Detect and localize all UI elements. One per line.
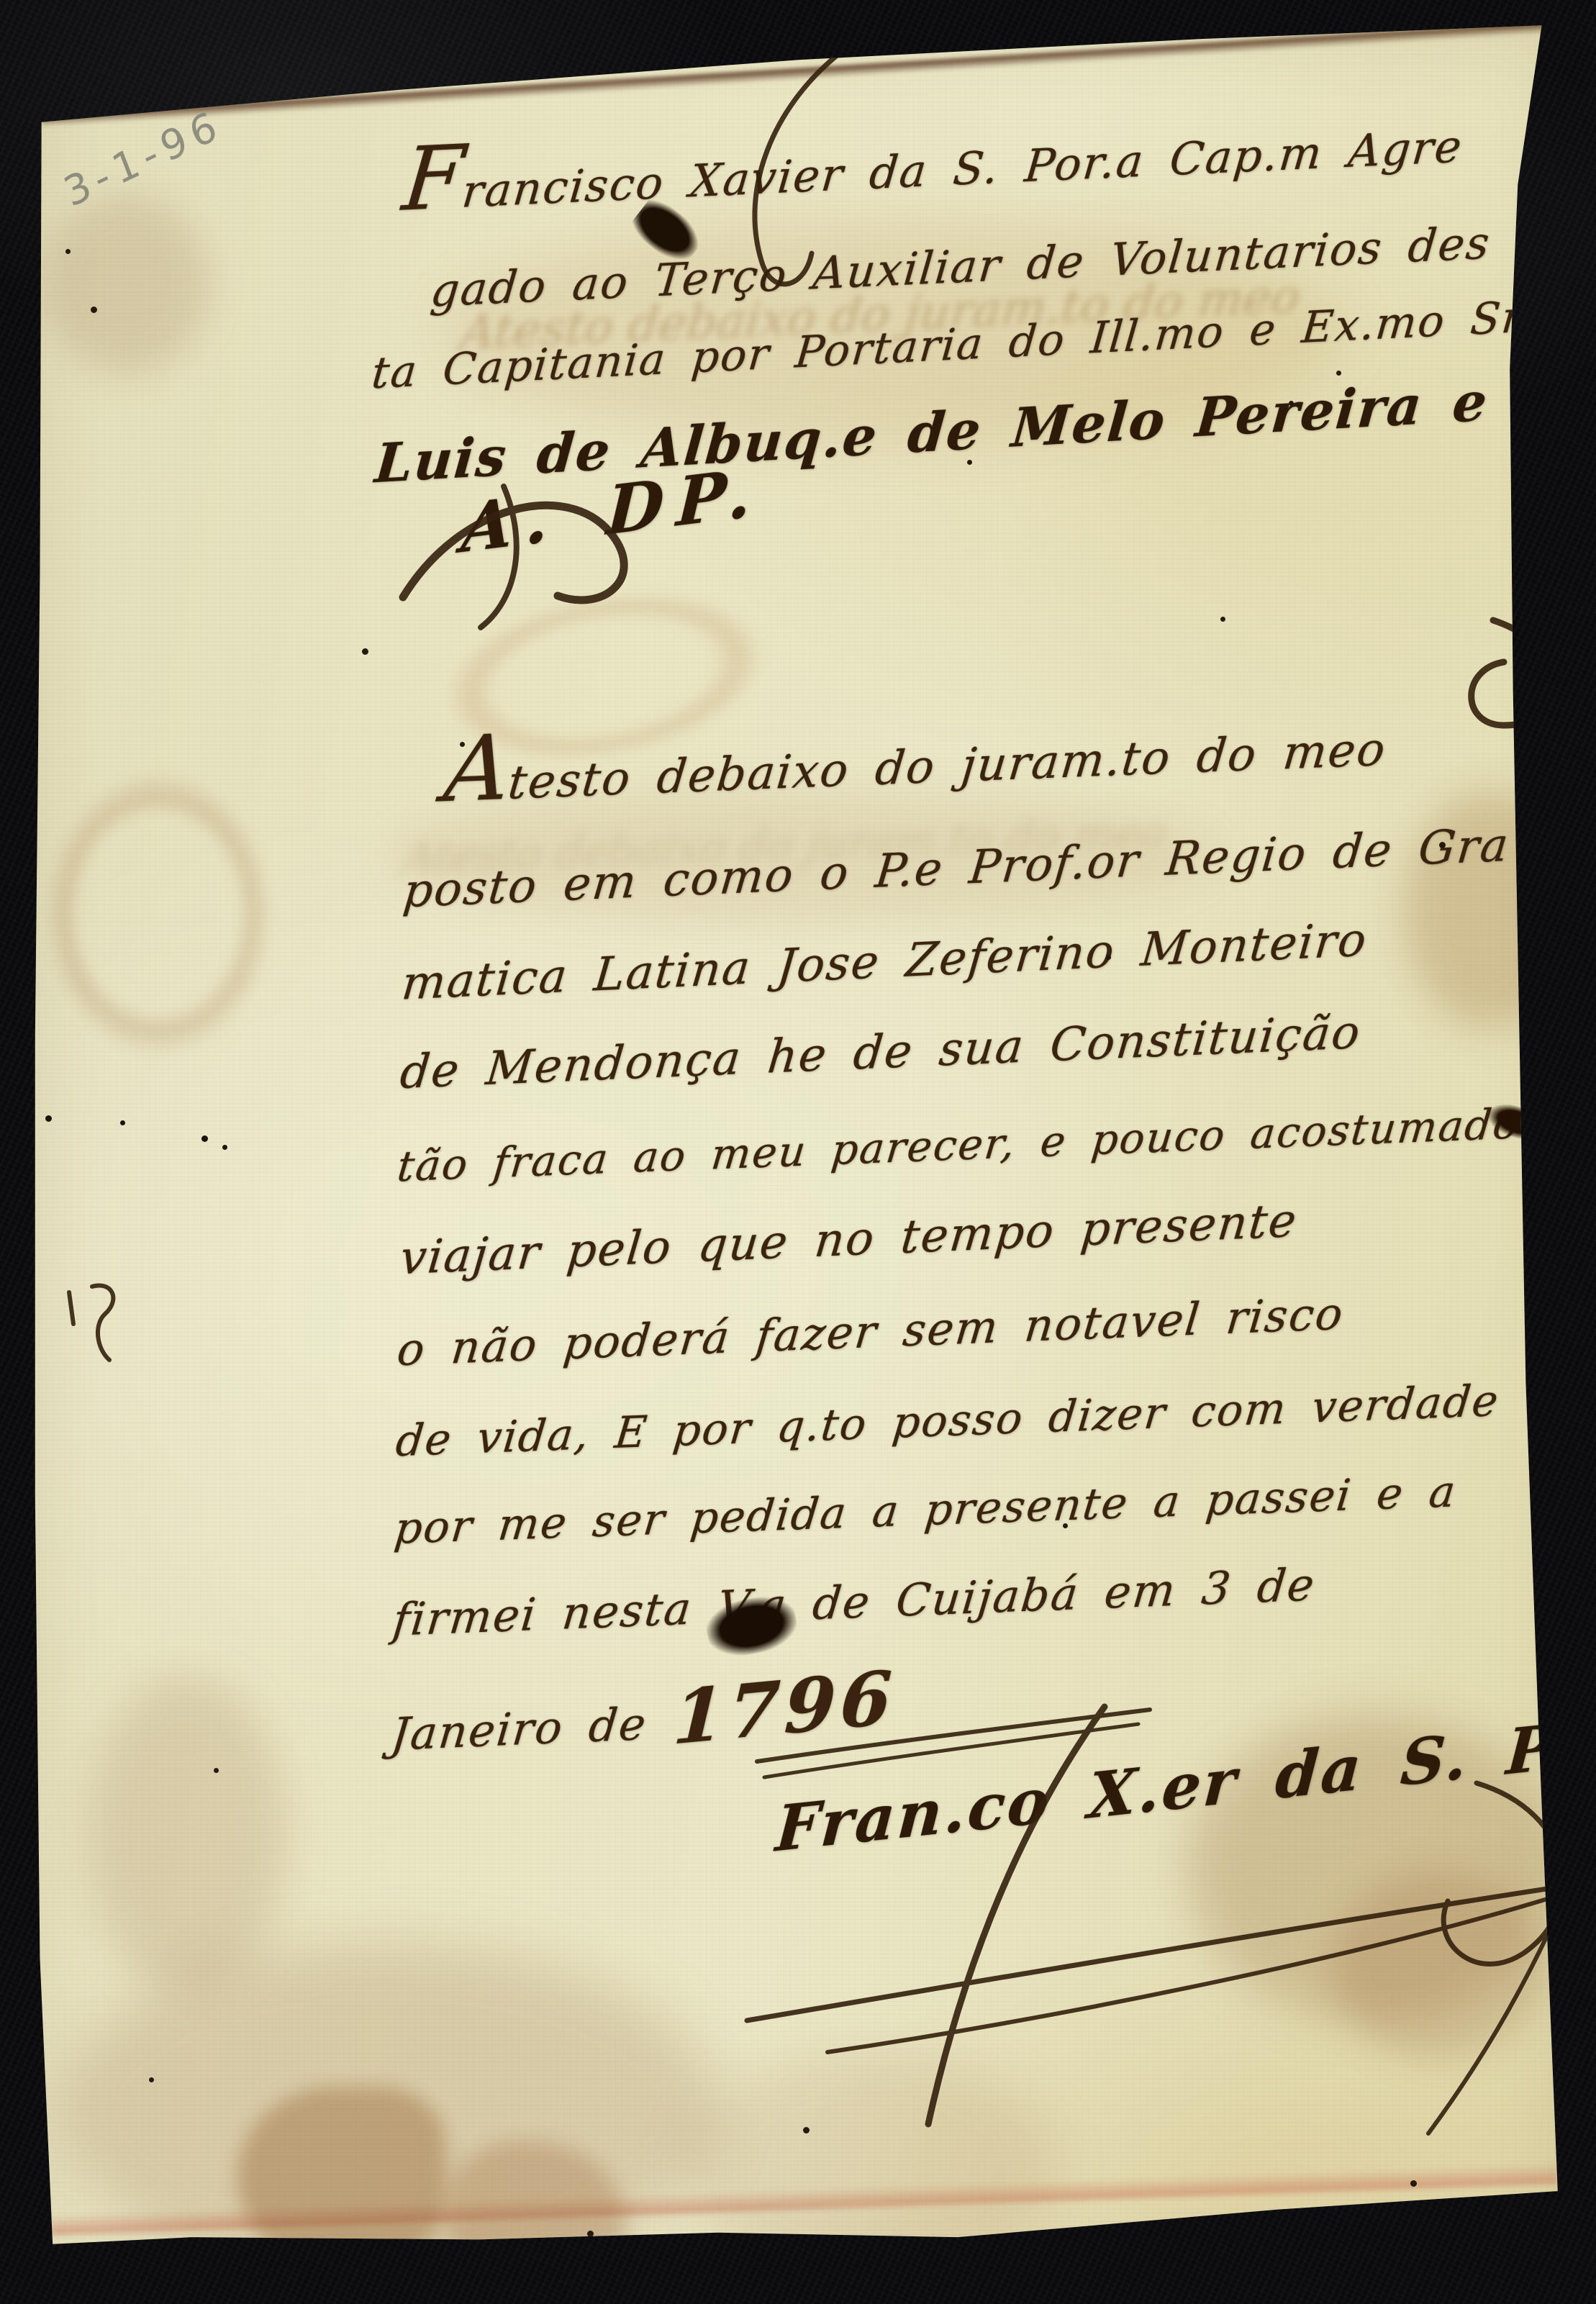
stain-topleft-corner [43,194,209,374]
paraph-monogram: A. DP. [460,452,766,568]
flourish-overlay [0,0,1596,2304]
stain-body-band [389,792,1216,921]
body-line-10: firmei nesta V.a de Cuijabá em 3 de [391,1558,1318,1646]
date-prefix: Janeiro de [389,1696,675,1761]
body-line-6: viajar pelo que no tempo presente [398,1194,1300,1286]
header-line-4: Luis de Albuq.e de Melo Pereira e Cacere… [373,355,1596,495]
header-line-2: gado ao Terço Auxiliar de Voluntarios de… [428,216,1492,317]
stain-left-ring [7,727,309,1101]
stain-top-band [446,216,1346,446]
header-line-3: ta Capitania por Portaria do Ill.mo e Ex… [370,291,1556,399]
ink-blot-firmei [702,1590,801,1662]
margin-ink-mark [69,1286,113,1360]
body-line-3: matica Latina Jose Zeferino Monteiro [399,913,1369,1010]
stain-ghost-loop [373,532,836,820]
body-line-4: de Mendonça he de sua Constituição [398,1006,1364,1099]
signature-diagonal-stroke [928,1707,1105,2124]
body-line-8: de vida, E por q.to posso dizer com verd… [394,1376,1502,1467]
show-through-text: Atesto debaixo do juram.to do meo [458,268,1303,360]
body-line-5: tão fraca ao meu parecer, e pouco acostu… [395,1097,1573,1192]
manuscript-sheet: 3-1-96 Atesto debaixo do juram.to do meo… [0,0,1596,2304]
stain-left-streak [86,1677,288,1993]
body-line-1: Atesto debaixo do juram.to do meo [441,723,1389,813]
paraph-loop-flourish [403,505,624,600]
year-1796: 1796 [671,1654,898,1761]
show-through-text-2: Atesto debaixo do juram.to do meo [400,807,1169,884]
stain-bottomleft-wash [58,1943,720,2281]
stain-under-signature [1187,1713,1561,2022]
header-ascender-flourish [755,56,836,284]
header-line-1: Francisco Xavier da S. Por.a Cap.m Agre [399,119,1465,220]
body-line-7: o não poderá fazer sem notavel risco [395,1287,1347,1376]
stain-right-flourish [1331,1871,1547,2058]
body-line-9: por me ser pedida a presente a passei e … [392,1466,1459,1554]
ink-blot-header [627,194,708,270]
signature-name: Fran.co X.er da S. Por.a [774,1697,1596,1867]
signature-sweep-1 [747,1885,1570,2020]
body-line-2: posto em como o P.e Prof.or Regio de Gra [401,819,1512,919]
year-underline-1 [757,1710,1150,1761]
year-underline-2 [764,1724,1138,1777]
paraph-cross-stroke [481,486,517,627]
signature-sweep-2 [828,1897,1554,2052]
date-line: Janeiro de 1796 [388,1660,899,1768]
